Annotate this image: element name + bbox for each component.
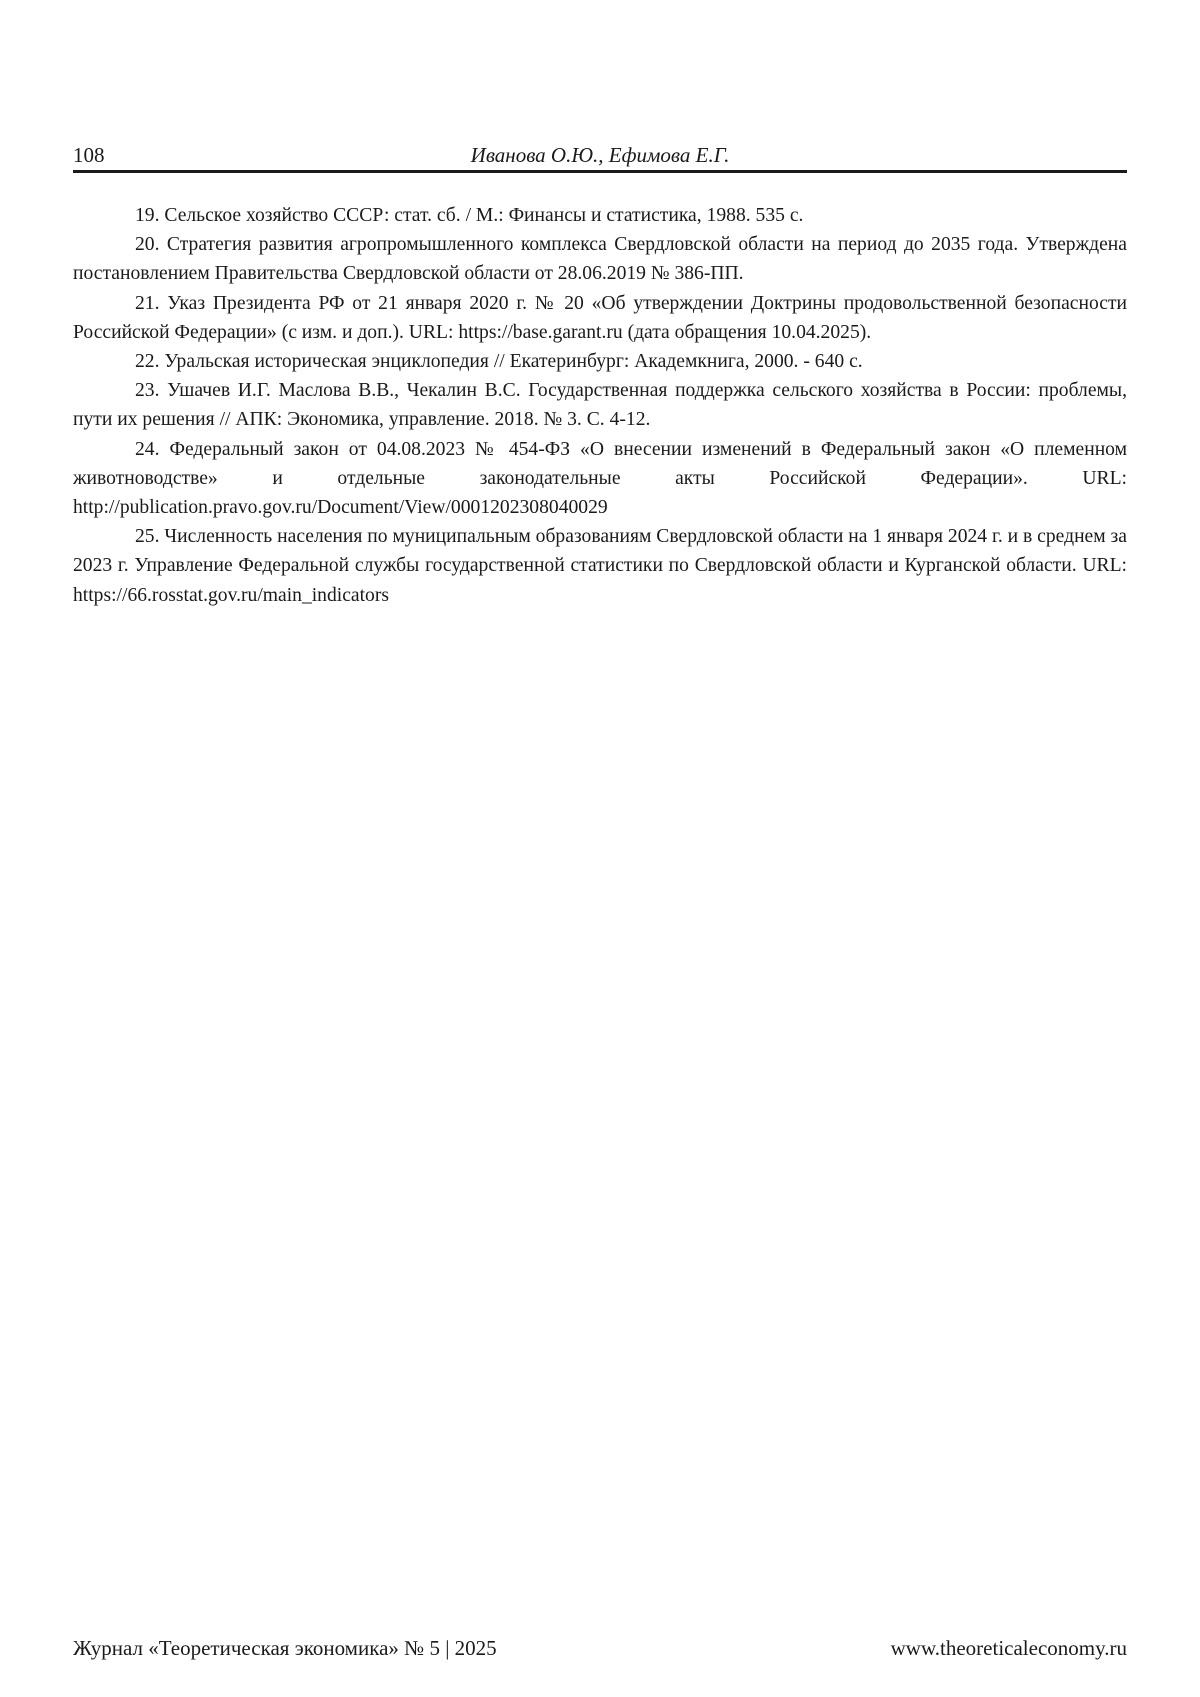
footer-website-link[interactable]: www.theoreticaleconomy.ru	[891, 1633, 1127, 1663]
reference-item-20: 20. Стратегия развития агропромышленного…	[73, 230, 1127, 288]
page-footer: Журнал «Теоретическая экономика» № 5 | 2…	[73, 1633, 1127, 1663]
reference-item-24: 24. Федеральный закон от 04.08.2023 № 45…	[73, 435, 1127, 523]
header-rule	[73, 170, 1127, 173]
reference-item-23: 23. Ушачев И.Г. Маслова В.В., Чекалин В.…	[73, 376, 1127, 434]
running-head: 108 Иванова О.Ю., Ефимова Е.Г.	[73, 140, 1127, 170]
reference-item-19: 19. Сельское хозяйство СССР: стат. сб. /…	[73, 201, 1127, 230]
running-title-authors: Иванова О.Ю., Ефимова Е.Г.	[73, 140, 1127, 170]
reference-list: 19. Сельское хозяйство СССР: стат. сб. /…	[73, 201, 1127, 610]
reference-item-22: 22. Уральская историческая энциклопедия …	[73, 347, 1127, 376]
reference-item-25: 25. Численность населения по муниципальн…	[73, 522, 1127, 610]
footer-journal-info: Журнал «Теоретическая экономика» № 5 | 2…	[73, 1633, 497, 1663]
reference-item-21: 21. Указ Президента РФ от 21 января 2020…	[73, 289, 1127, 347]
